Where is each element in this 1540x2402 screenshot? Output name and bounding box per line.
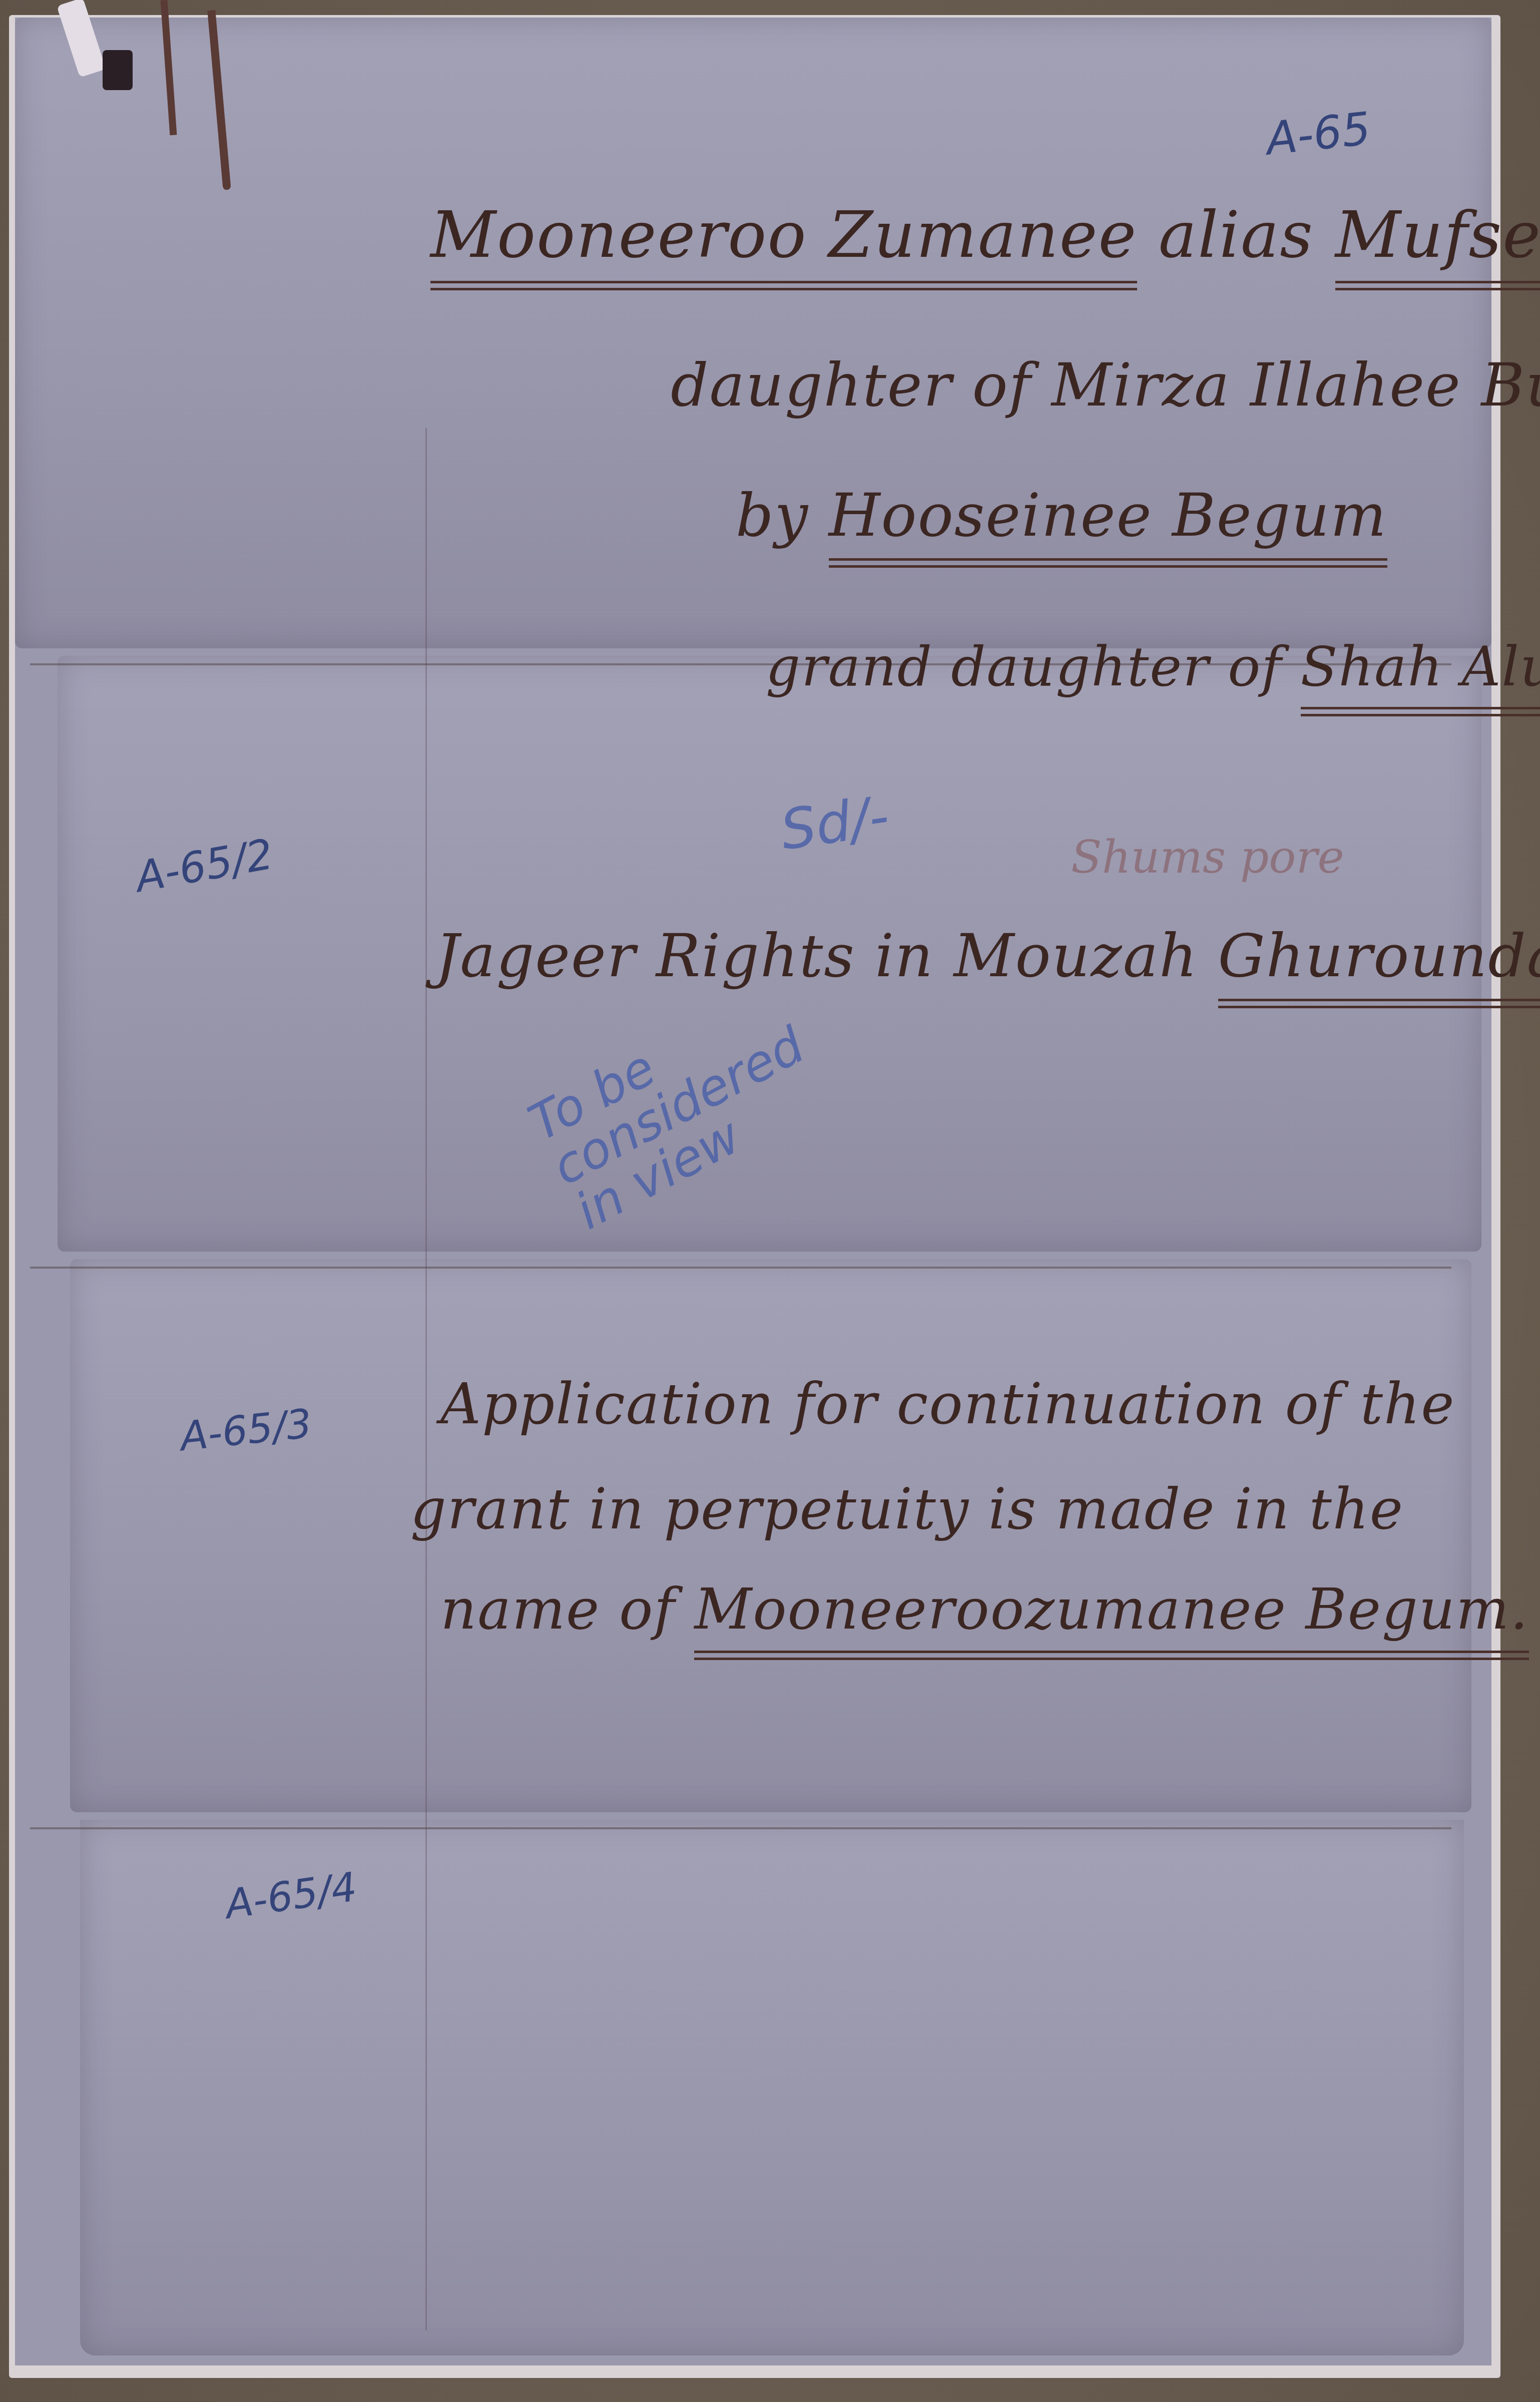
alias-word: alias <box>1159 198 1314 272</box>
grand-daughter-label: grand daughter of <box>766 636 1282 698</box>
application-line-1: Application for continuation of the <box>440 1372 1455 1437</box>
daughter-of-label: daughter of <box>671 350 1032 420</box>
name-of-label: name of <box>440 1577 676 1642</box>
applicant-name: Mooneeroozumanee Begum. <box>694 1577 1528 1642</box>
father-name: Mirza Illahee Buksh <box>1052 350 1540 420</box>
subject-line: Jageer Rights in Mouzah Ghurounda <box>435 921 1540 990</box>
application-line-2: grant in perpetuity is made in the <box>410 1477 1404 1542</box>
heading-alias-name: Mufseetee Begum <box>1335 198 1540 272</box>
application-line-3: name of Mooneeroozumanee Begum. <box>440 1577 1529 1642</box>
lineage-father-line: daughter of Mirza Illahee Buksh <box>671 350 1540 420</box>
heading-name: Mooneeroo Zumanee <box>430 198 1137 272</box>
subject-prefix: Jageer Rights in Mouzah <box>435 921 1198 990</box>
mother-name: Hooseinee Begum <box>829 481 1387 550</box>
faint-margin-note: Shums pore <box>1071 831 1344 884</box>
reference-number-top: A-65 <box>1264 102 1373 165</box>
heading-line: Mooneeroo Zumanee alias Mufseetee Begum <box>430 198 1540 272</box>
grandfather-name: Shah Alum <box>1301 636 1540 698</box>
fold-crease <box>30 1827 1451 1829</box>
lineage-mother-line: by Hooseinee Begum <box>736 481 1387 550</box>
subject-place: Ghurounda <box>1218 921 1540 990</box>
lineage-grandfather-line: grand daughter of Shah Alum King <box>766 636 1540 698</box>
fold-crease <box>30 1267 1451 1269</box>
punch-hole <box>103 50 133 90</box>
by-label: by <box>736 481 809 550</box>
margin-rule <box>425 428 427 2330</box>
